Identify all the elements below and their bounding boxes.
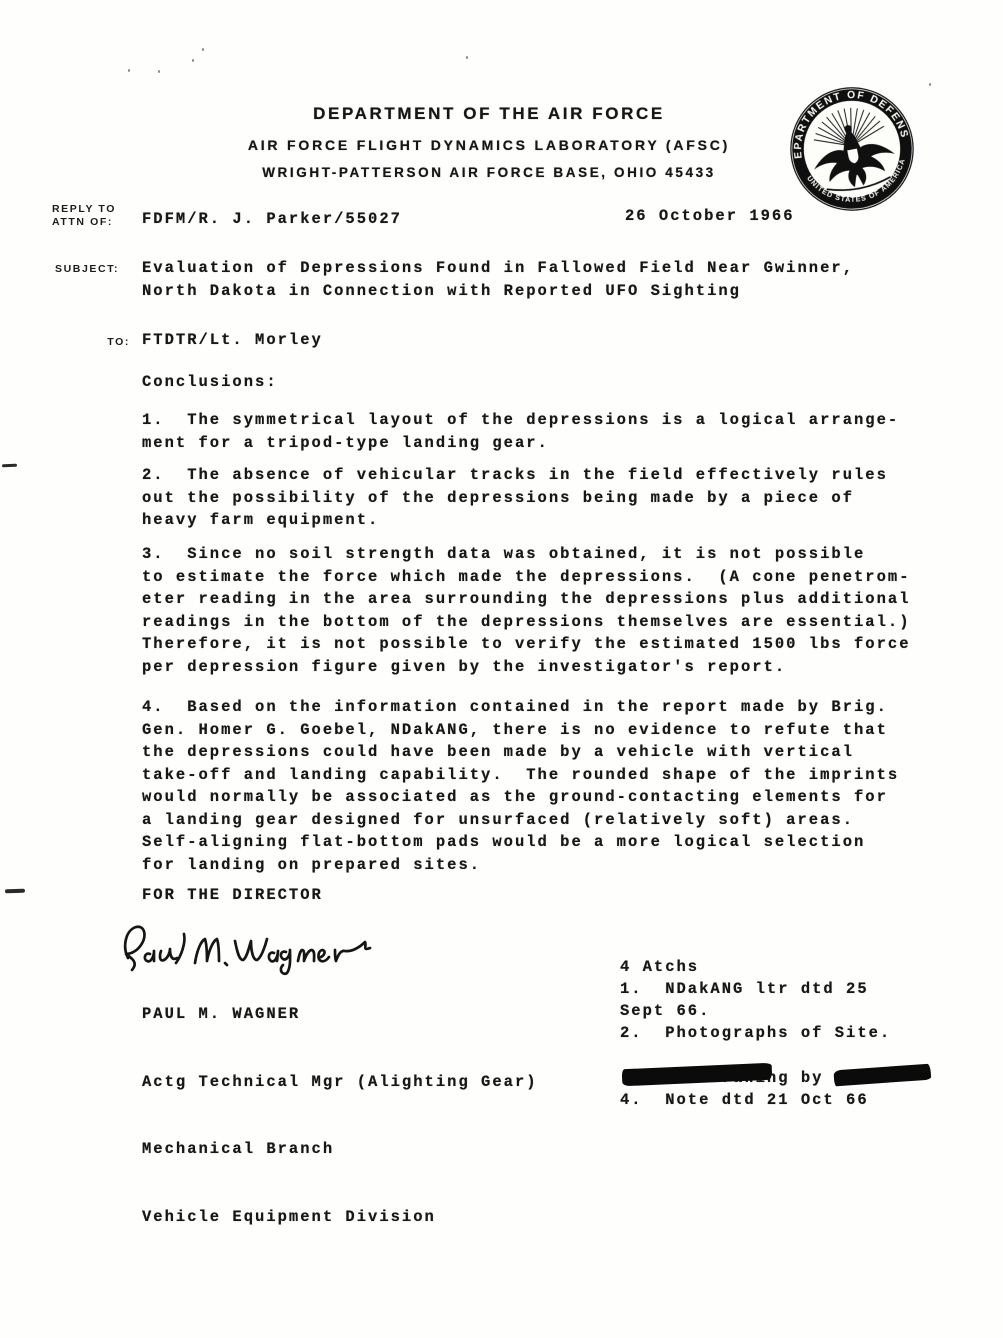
signer-branch: Mechanical Branch xyxy=(142,1138,538,1161)
to-value: FTDTR/Lt. Morley xyxy=(142,329,323,352)
conclusions-heading: Conclusions: xyxy=(142,371,278,394)
body-paragraph-1: 1. The symmetrical layout of the depress… xyxy=(142,409,899,454)
redaction-bar xyxy=(834,1064,932,1087)
signer-title: Actg Technical Mgr (Alighting Gear) xyxy=(142,1071,538,1094)
letterhead-laboratory: AIR FORCE FLIGHT DYNAMICS LABORATORY (AF… xyxy=(139,137,839,153)
signer-name: PAUL M. WAGNER xyxy=(142,1003,538,1026)
scan-speck xyxy=(158,70,160,73)
scan-speck xyxy=(466,56,468,59)
letterhead-department: DEPARTMENT OF THE AIR FORCE xyxy=(139,104,839,124)
signer-division: Vehicle Equipment Division xyxy=(142,1206,538,1229)
subject-text: Evaluation of Depressions Found in Fallo… xyxy=(142,257,854,303)
scan-speck xyxy=(202,48,204,51)
margin-mark xyxy=(5,889,25,893)
subject-label: SUBJECT: xyxy=(55,263,119,276)
scan-speck xyxy=(128,69,130,72)
reply-attn-label: REPLY TO ATTN OF: xyxy=(52,203,116,229)
for-the-director-line: FOR THE DIRECTOR xyxy=(142,884,323,907)
signature-block: PAUL M. WAGNER Actg Technical Mgr (Aligh… xyxy=(142,958,538,1273)
letterhead-base-address: WRIGHT-PATTERSON AIR FORCE BASE, OHIO 45… xyxy=(139,165,839,180)
attachment-item-1-line-1: 1. NDakANG ltr dtd 25 xyxy=(620,978,869,1001)
to-label: TO: xyxy=(90,336,130,349)
attachment-item-2: 2. Photographs of Site. xyxy=(620,1022,891,1045)
document-page: DEPARTMENT OF THE AIR FORCE AIR FORCE FL… xyxy=(0,0,1003,1338)
attachment-item-4: 4. Note dtd 21 Oct 66 xyxy=(620,1089,869,1112)
scan-speck xyxy=(929,83,931,86)
scan-speck xyxy=(192,59,194,62)
department-of-defense-seal-icon: DEPARTMENT OF DEFENSE UNITED STATES OF A… xyxy=(775,73,929,226)
body-paragraph-3: 3. Since no soil strength data was obtai… xyxy=(142,543,911,678)
letterhead: DEPARTMENT OF THE AIR FORCE AIR FORCE FL… xyxy=(139,104,839,180)
date-line: 26 October 1966 xyxy=(625,205,795,228)
office-symbol-line: FDFM/R. J. Parker/55027 xyxy=(142,208,402,231)
body-paragraph-4: 4. Based on the information contained in… xyxy=(142,696,899,876)
body-paragraph-2: 2. The absence of vehicular tracks in th… xyxy=(142,464,888,532)
attachment-item-1-line-2: Sept 66. xyxy=(620,1000,710,1023)
attachments-header: 4 Atchs xyxy=(620,956,699,979)
margin-mark xyxy=(2,464,17,468)
